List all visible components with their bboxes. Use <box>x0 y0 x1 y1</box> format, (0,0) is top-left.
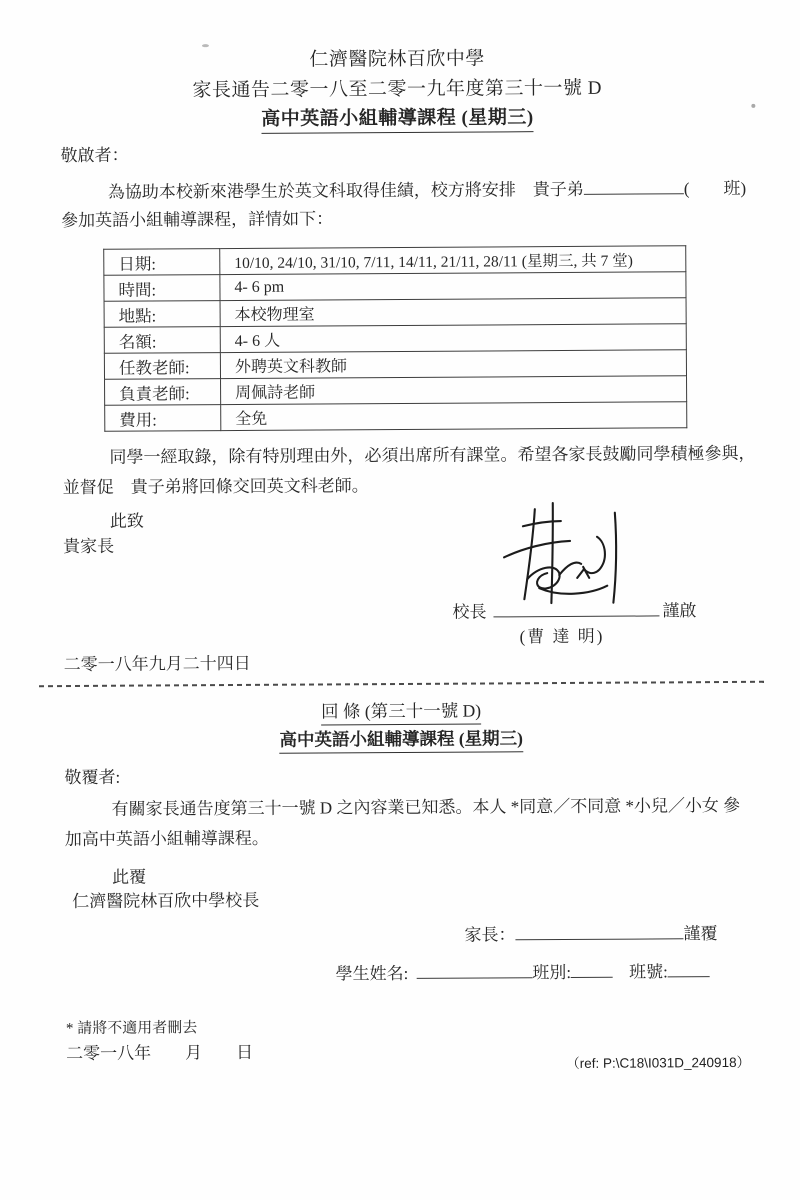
table-row: 地點:本校物理室 <box>104 298 686 328</box>
table-row: 日期:10/10, 24/10, 31/10, 7/11, 14/11, 21/… <box>104 246 686 276</box>
para1-text-after-blank: ( 班) <box>684 179 746 198</box>
principal-signature-line <box>493 598 659 617</box>
principal-sign-suffix: 謹啟 <box>662 596 696 621</box>
file-ref: （ref: P:\C18\I031D_240918） <box>566 1055 750 1073</box>
para1-text-before-blank: 為協助本校新來港學生於英文科取得佳績，校方將安排 貴子弟 <box>108 180 584 202</box>
parent-label: 家長： <box>464 920 515 945</box>
parent-sign-suffix: 謹覆 <box>683 919 717 944</box>
parent-signature-row: 家長： 謹覆 <box>464 919 717 946</box>
row-value: 本校物理室 <box>220 298 686 327</box>
reply-body-line-1: 有關家長通告度第三十一號 D 之內容業已知悉。本人 *同意／不同意 *小兒／小女… <box>112 795 741 820</box>
reply-addressee: 仁濟醫院林百欣中學校長 <box>72 890 259 912</box>
row-label: 時間: <box>104 275 220 302</box>
scan-speck <box>202 44 209 47</box>
reply-salutation: 敬覆者: <box>64 767 120 789</box>
reply-slip-subheading-text: 高中英語小組輔導課程 (星期三) <box>279 728 523 753</box>
row-label: 日期: <box>104 249 220 276</box>
letter-salutation: 敬啟者： <box>61 145 129 167</box>
reply-slip-heading-text: 回 條 (第三十一號 D) <box>321 701 481 726</box>
letter-paragraph-2-line-2: 並督促 貴子弟將回條交回英文科老師。 <box>63 475 369 498</box>
row-value: 周佩詩老師 <box>221 376 687 405</box>
notice-number-line: 家長通告二零一八至二零一九年度第三十一號 D <box>0 76 797 105</box>
principal-label: 校長 <box>452 597 486 622</box>
tear-off-line <box>39 681 765 687</box>
student-name-label: 學生姓名: <box>336 959 409 984</box>
row-value: 4- 6 pm <box>220 272 686 301</box>
row-label: 地點: <box>104 301 220 328</box>
reply-slip-heading: 回 條 (第三十一號 D) <box>1 699 800 728</box>
row-value: 4- 6 人 <box>220 324 686 353</box>
letter-closing: 此致 <box>110 511 144 532</box>
letter-paragraph-1-line-1: 為協助本校新來港學生於英文科取得佳績，校方將安排 貴子弟( 班) <box>108 176 746 203</box>
row-label: 名額: <box>104 327 220 354</box>
row-value: 全免 <box>221 402 687 431</box>
principal-signature-row: 校長 謹啟 <box>452 596 696 622</box>
footnote: * 請將不適用者刪去 <box>66 1019 197 1039</box>
class-number-line <box>668 959 710 977</box>
parent-signature-line <box>515 921 683 940</box>
row-value: 10/10, 24/10, 31/10, 7/11, 14/11, 21/11,… <box>220 246 686 275</box>
row-label: 負責老師: <box>105 379 221 406</box>
notice-date: 二零一八年九月二十四日 <box>64 653 251 675</box>
scanned-notice-page: 仁濟醫院林百欣中學 家長通告二零一八至二零一九年度第三十一號 D 高中英語小組輔… <box>0 0 800 1200</box>
table-row: 費用:全免 <box>105 402 687 432</box>
student-name-blank <box>584 176 684 195</box>
reply-closing: 此覆 <box>112 867 146 888</box>
notice-title: 高中英語小組輔導課程 (星期三) <box>0 105 798 136</box>
row-label: 任教老師: <box>104 353 220 380</box>
table-row: 任教老師:外聘英文科教師 <box>104 350 686 380</box>
class-label: 班別: <box>532 958 571 983</box>
scan-content: 仁濟醫院林百欣中學 家長通告二零一八至二零一九年度第三十一號 D 高中英語小組輔… <box>0 0 800 1200</box>
reply-date-line: 二零一八年 月 日 <box>66 1042 253 1064</box>
row-label: 費用: <box>105 405 221 432</box>
notice-title-text: 高中英語小組輔導課程 (星期三) <box>261 106 534 133</box>
student-info-row: 學生姓名: 班別: 班號: <box>336 957 710 984</box>
table-row: 名額:4- 6 人 <box>104 324 686 354</box>
letter-paragraph-2-line-1: 同學一經取錄，除有特別理由外，必須出席所有課堂。希望各家長鼓勵同學積極參與， <box>109 443 755 468</box>
reply-slip-subheading: 高中英語小組輔導課程 (星期三) <box>1 727 800 756</box>
student-name-line <box>416 960 532 979</box>
course-details-table: 日期:10/10, 24/10, 31/10, 7/11, 14/11, 21/… <box>103 245 687 432</box>
letter-addressee: 貴家長 <box>63 536 114 558</box>
class-line <box>571 960 613 978</box>
reply-body-line-2: 加高中英語小組輔導課程。 <box>65 828 269 850</box>
letter-paragraph-1-line-2: 參加英語小組輔導課程，詳情如下： <box>61 208 333 231</box>
class-number-label: 班號: <box>629 957 668 982</box>
table-row: 負責老師:周佩詩老師 <box>105 376 687 406</box>
table-row: 時間:4- 6 pm <box>104 272 686 302</box>
principal-name: (曹 達 明) <box>520 626 605 648</box>
row-value: 外聘英文科教師 <box>220 350 686 379</box>
school-name: 仁濟醫院林百欣中學 <box>0 46 797 75</box>
